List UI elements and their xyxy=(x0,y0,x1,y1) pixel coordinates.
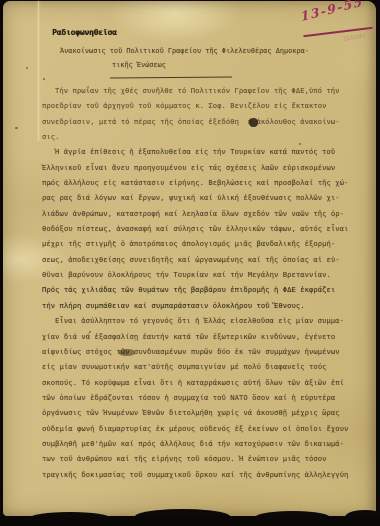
document-line: αἰφνιδίως στόχος τῶν συνδυασμένων πυρῶν … xyxy=(42,347,342,362)
paper-speck xyxy=(26,67,28,69)
document-line: συνεδρίασιν, μετά τό πέρας τῆς ὁποίας ἐξ… xyxy=(42,117,342,132)
document-line: σεως, ἀποδειχθείσης συνειδητῆς καί ὠργαν… xyxy=(42,255,342,270)
ink-smudge xyxy=(249,118,258,127)
document-body: Τήν πρωΐαν τῆς χθές συνῆλθε τό Πολιτικόν… xyxy=(42,86,342,485)
document-line: ρας ρας διά λόγων καί ἔργων, ψυχική καί … xyxy=(42,193,342,208)
paragraph-1: Τήν πρωΐαν τῆς χθές συνῆλθε τό Πολιτικόν… xyxy=(42,86,342,147)
paragraph-3: Εἶναι ἀσύλληπτον τό γεγονός ὅτι ἡ Ἑλλάς … xyxy=(42,316,342,485)
document-line: λιάδων ἀνθρώπων, καταστροφή καί λεηλασία… xyxy=(42,209,342,224)
document-line: Πρός τάς χιλιάδας τῶν θυμάτων τῆς βαρβάρ… xyxy=(42,285,342,300)
document-title-line-2: τικῆς Ἑνώσεως xyxy=(112,61,166,69)
paper-crease xyxy=(38,1,39,141)
document-line: Ἑλληνικοῦ εἶναι ἄνευ προηγουμένου εἰς τά… xyxy=(42,163,342,178)
document-line: συμβληθῆ μεθ'ἡμῶν καί πρός ἀλλήλους διά … xyxy=(42,439,342,454)
classification-label: Ραδιοφωνηθεῖσα xyxy=(52,28,117,37)
document-line: τήν πλήρη συμπάθειαν καί συμπαράστασιν ὁ… xyxy=(42,301,342,316)
document-line: θοδόξου πίστεως, ἀνασκαφή καί σύλησις τῶ… xyxy=(42,224,342,239)
document-line: προεδρίαν τοῦ ἀρχηγοῦ τοῦ κόμματος κ. Σο… xyxy=(42,101,342,116)
document-line: θῦναι βαρύνουν ὁλοκλήρους τήν Τουρκίαν κ… xyxy=(42,270,342,285)
scan-edge-bottom xyxy=(0,517,380,526)
document-line: ὀργάνωσις τῶν Ἡνωμένων Ἐθνῶν διετολμήθη … xyxy=(42,408,342,423)
document-line: των τοῦ ἀνθρώπου καί τῆς εἰρήνης τοῦ κόσ… xyxy=(42,454,342,469)
ink-overstrike xyxy=(119,349,135,356)
document-title-line-1: Ἀνακοίνωσις τοῦ Πολιτικοῦ Γραφείου τῆς Φ… xyxy=(60,47,309,55)
document-line: τραγικῆς δοκιμασίας τοῦ συμμαχικοῦ ὅρκου… xyxy=(42,470,342,485)
document-line: Τήν πρωΐαν τῆς χθές συνῆλθε τό Πολιτικόν… xyxy=(42,86,342,101)
paragraph-2: Ἡ ἀγρία ἐπίθεσις ἡ ἐξαπολυθεῖσα εἰς τήν … xyxy=(42,147,342,316)
document-line: πρός ἀλλήλους εἰς κατάστασιν εἰρήνης. Βε… xyxy=(42,178,342,193)
document-line: οὐδεμία φωνή διαμαρτυρίας ἐκ μέρους οὐδε… xyxy=(42,424,342,439)
scanned-document-page: Ραδιοφωνηθεῖσα 13-9-55 223/1/81 Ἀνακοίνω… xyxy=(0,0,380,526)
document-line: εἰς μίαν συνωμοτικήν κατ'αὐτῆς συμπαιγνί… xyxy=(42,362,342,377)
document-line: Εἶναι ἀσύλληπτον τό γεγονός ὅτι ἡ Ἑλλάς … xyxy=(42,316,342,331)
document-line: Ἡ ἀγρία ἐπίθεσις ἡ ἐξαπολυθεῖσα εἰς τήν … xyxy=(42,147,342,162)
document-line: σκοπούς. Τό κορύφωμα εἶναι ὅτι ἡ καταρρά… xyxy=(42,378,342,393)
document-line: χίαν διά νά ἐξασφαλίσῃ ἑαυτήν κατά τῶν ἐ… xyxy=(42,332,342,347)
document-line: σις. xyxy=(42,132,342,147)
paper-speck xyxy=(15,127,18,129)
document-line: τῶν ὁποίων ἑδράζονται τόσον ἡ συμμαχία τ… xyxy=(42,393,342,408)
document-line: μέχρι τῆς στιγμῆς ὁ ἀποτρόπαιος ἀπολογισ… xyxy=(42,239,342,254)
paper-speck xyxy=(43,78,45,80)
